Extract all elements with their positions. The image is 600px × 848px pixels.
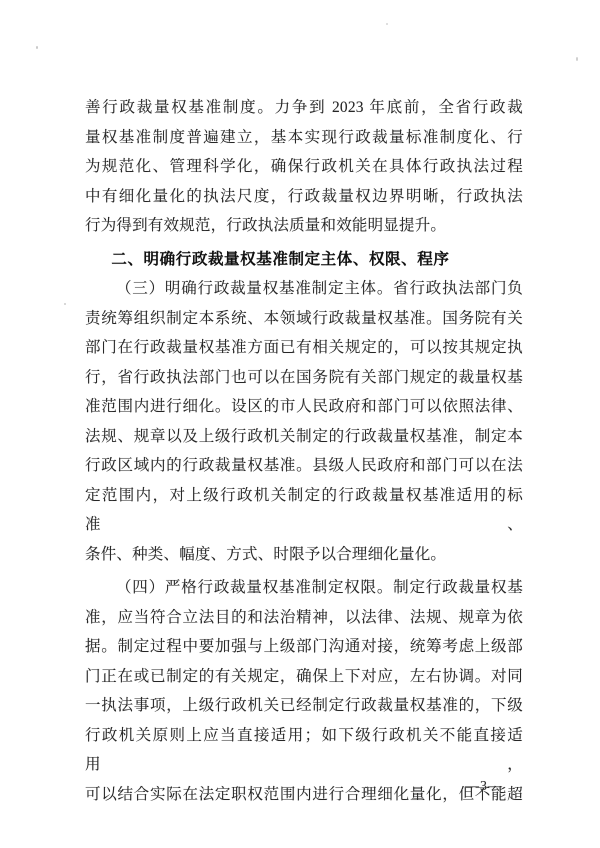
section-heading: 二、明确行政裁量权基准制定主体、权限、程序 [85, 245, 523, 275]
text-line: 准，应当符合立法目的和法治精神，以法律、法规、规章为依 [85, 603, 523, 633]
text-line: 部门在行政裁量权基准方面已有相关规定的，可以按其规定执 [85, 333, 523, 363]
text-line: 为规范化、管理科学化，确保行政机关在具体行政执法过程 [85, 152, 523, 182]
text-line: 行政区域内的行政裁量权基准。县级人民政府和部门可以在法 [85, 451, 523, 481]
text-line: （三）明确行政裁量权基准制定主体。省行政执法部门负 [85, 274, 523, 304]
text-line: 法规、规章以及上级行政机关制定的行政裁量权基准，制定本 [85, 422, 523, 452]
text-line: 条件、种类、幅度、方式、时限予以合理细化量化。 [85, 540, 523, 570]
text-line: 据。制定过程中要加强与上级部门沟通对接，统筹考虑上级部 [85, 632, 523, 662]
text-line: 定范围内，对上级行政机关制定的行政裁量权基准适用的标准、 [85, 481, 523, 540]
text-line: 一执法事项，上级行政机关已经制定行政裁量权基准的，下级 [85, 691, 523, 721]
text-line: 门正在或已制定的有关规定，确保上下对应，左右协调。对同 [85, 662, 523, 692]
text-line: 行为得到有效规范，行政执法质量和效能明显提升。 [85, 211, 523, 241]
scan-noise-speck [64, 303, 66, 305]
scan-noise-speck [36, 46, 38, 49]
text-line: 量权基准制度普遍建立，基本实现行政裁量标准制度化、行 [85, 123, 523, 153]
document-page: 善行政裁量权基准制度。力争到 2023 年底前，全省行政裁 量权基准制度普遍建立… [0, 0, 600, 848]
text-line: 行，省行政执法部门也可以在国务院有关部门规定的裁量权基 [85, 363, 523, 393]
scan-noise-speck [576, 57, 578, 61]
text-line: 中有细化量化的执法尺度，行政裁量权边界明晰，行政执法 [85, 182, 523, 212]
scan-noise-speck [386, 23, 388, 25]
page-number: —3— [465, 779, 503, 795]
text-line: 准范围内进行细化。设区的市人民政府和部门可以依照法律、 [85, 392, 523, 422]
document-body: 善行政裁量权基准制度。力争到 2023 年底前，全省行政裁 量权基准制度普遍建立… [85, 93, 523, 809]
text-line: 善行政裁量权基准制度。力争到 2023 年底前，全省行政裁 [85, 93, 523, 123]
text-line: 责统筹组织制定本系统、本领域行政裁量权基准。国务院有关 [85, 304, 523, 334]
text-line: 可以结合实际在法定职权范围内进行合理细化量化，但不能超 [85, 780, 523, 810]
text-line: （四）严格行政裁量权基准制定权限。制定行政裁量权基 [85, 573, 523, 603]
text-line: 行政机关原则上应当直接适用；如下级行政机关不能直接适用， [85, 721, 523, 780]
